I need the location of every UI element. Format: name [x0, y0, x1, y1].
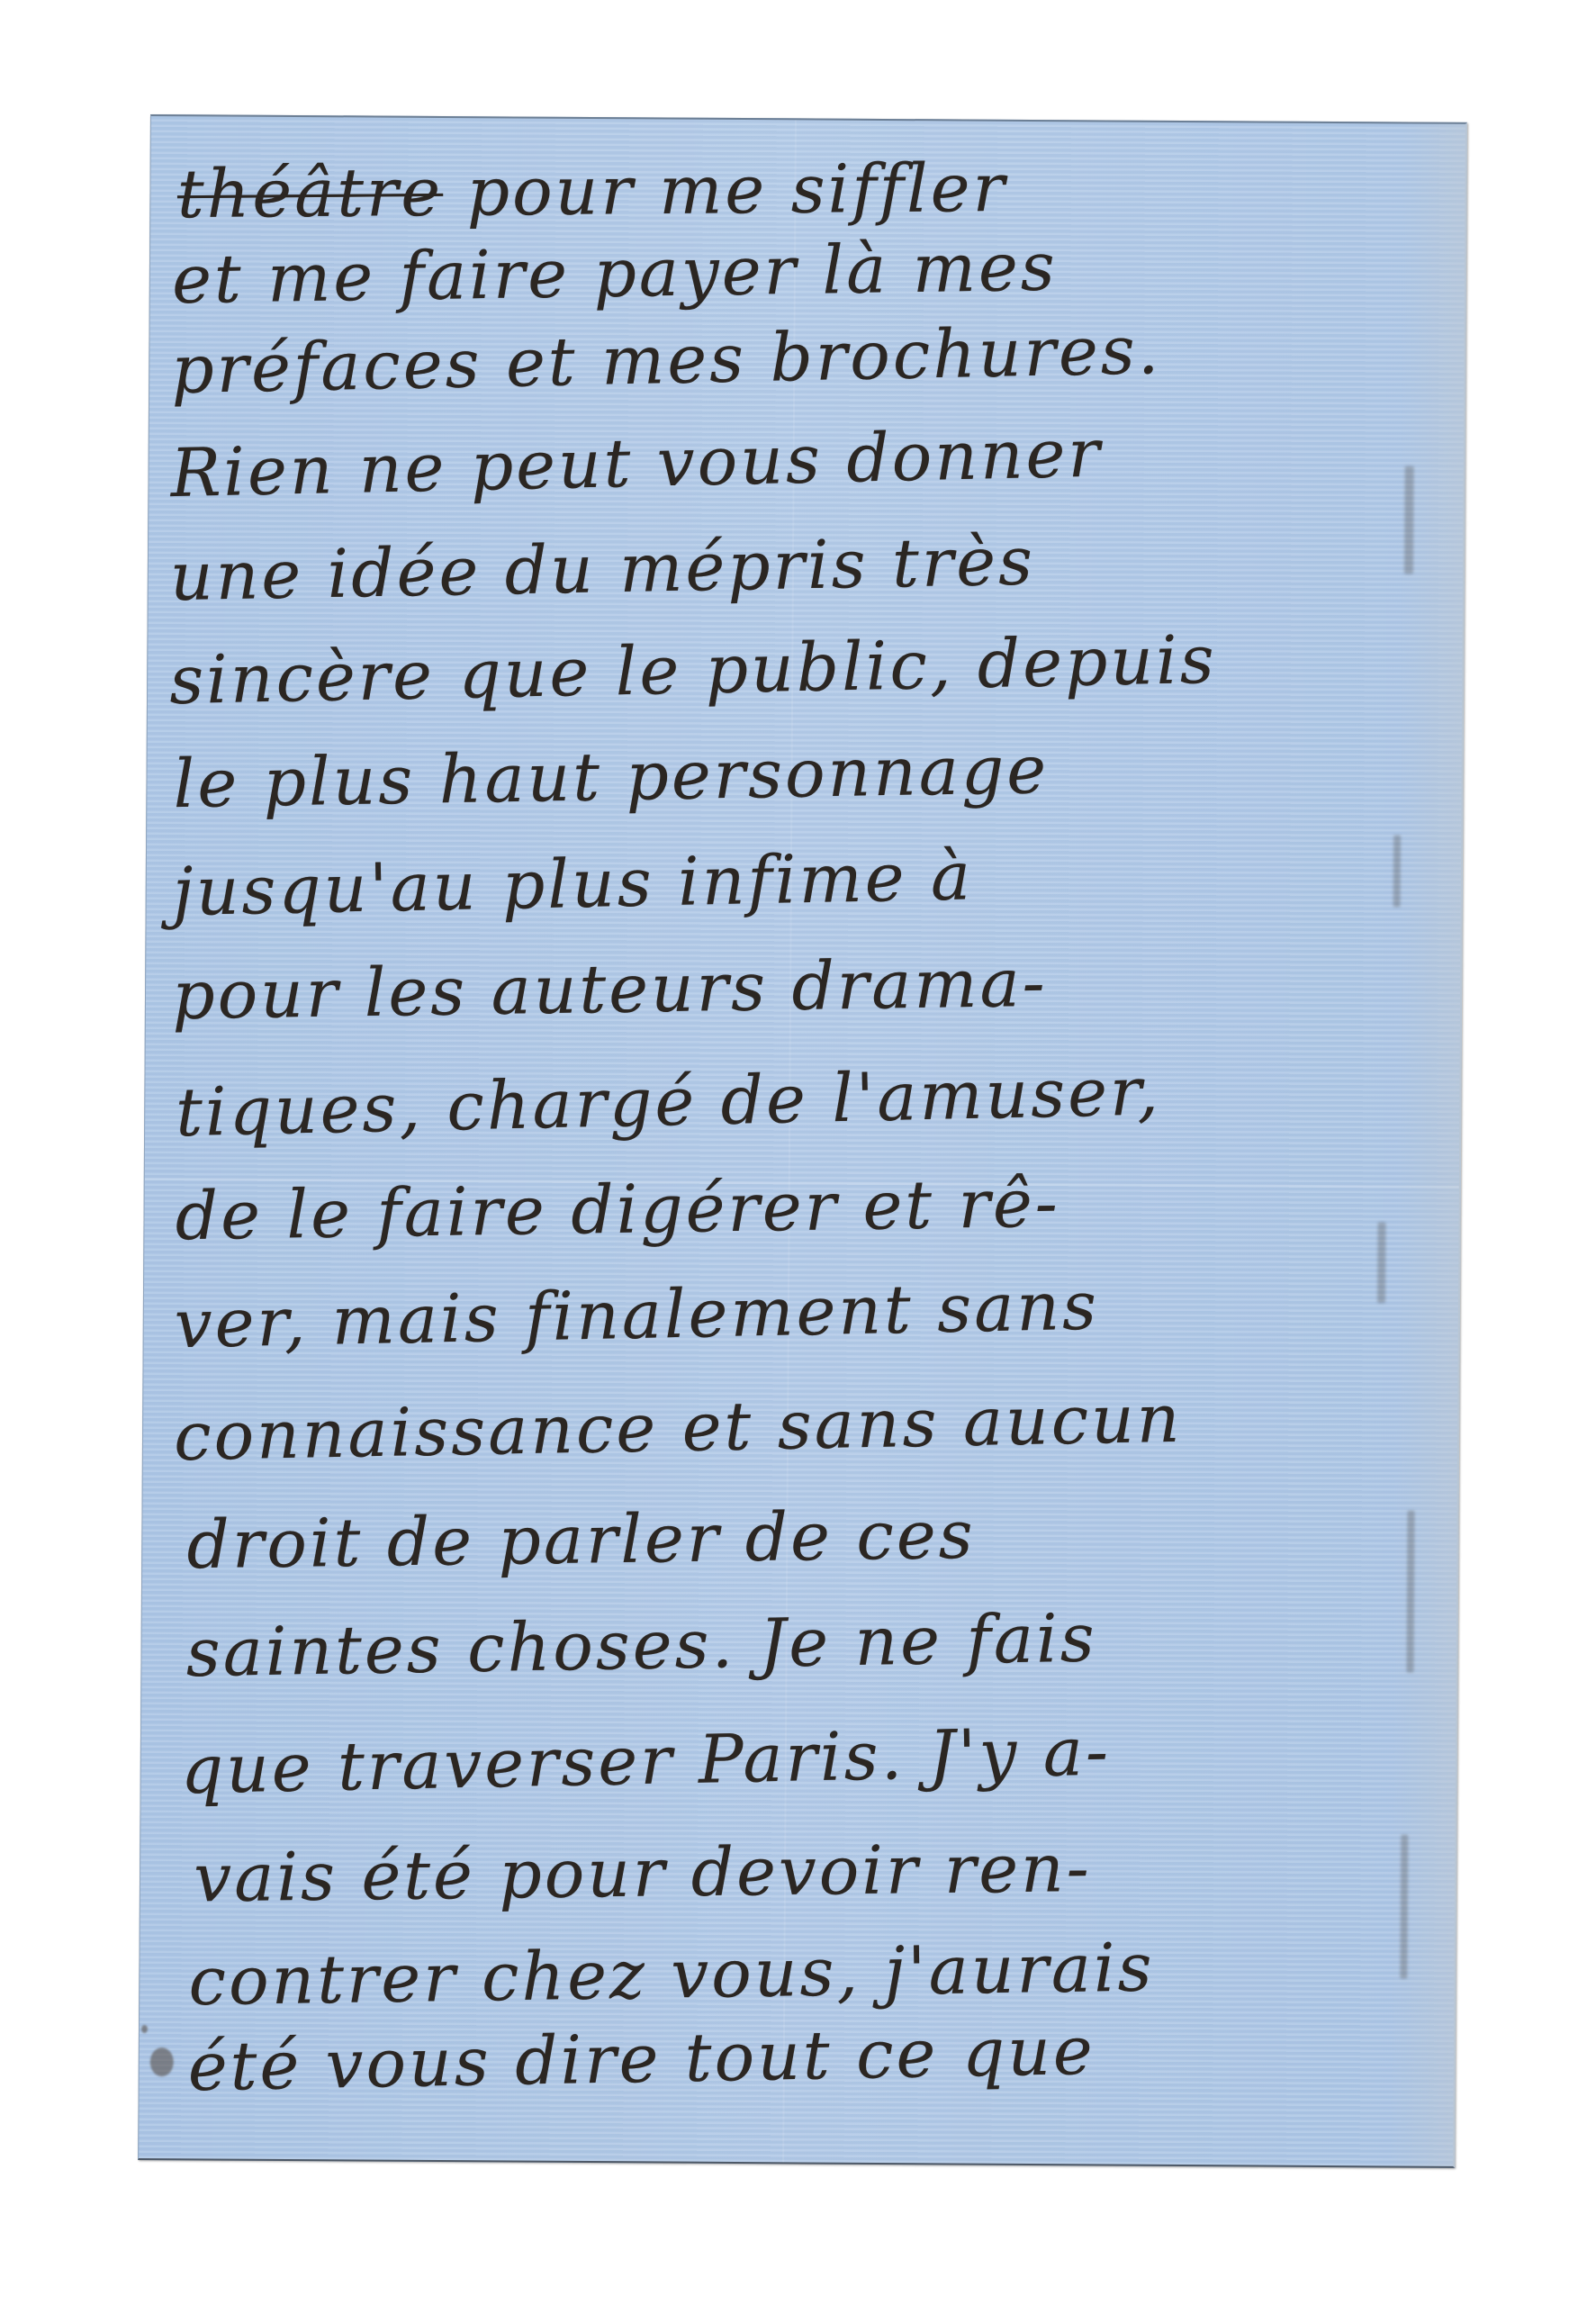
letter-sheet: théâtre pour me siffler et me faire paye… [138, 114, 1467, 2168]
letter-line-12: ver, mais finalement sans [174, 1273, 1100, 1359]
ink-smudge [1406, 1511, 1414, 1673]
ink-smudge [1404, 466, 1414, 574]
struck-word: théâtre [177, 154, 444, 233]
ink-smudge [1393, 835, 1401, 907]
letter-line-15: saintes choses. Je ne fais [185, 1605, 1097, 1687]
letter-line-7: le plus haut personnage [173, 737, 1050, 818]
ink-blot [150, 2047, 174, 2076]
ink-smudge [1400, 1835, 1408, 1979]
letter-line-9: pour les auteurs drama- [172, 950, 1048, 1029]
letter-line-8: jusqu'au plus infime à [172, 843, 974, 926]
ink-blot [141, 2025, 148, 2033]
letter-line-5: une idée du mépris très [169, 529, 1035, 611]
letter-line-13: connaissance et sans aucun [173, 1386, 1183, 1471]
letter-line-11: de le faire digérer et rê- [175, 1171, 1060, 1251]
letter-line-14: droit de parler de ces [186, 1502, 976, 1578]
letter-line-17: vais été pour devoir ren- [194, 1835, 1092, 1912]
letter-line-18: contrer chez vous, j'aurais [188, 1934, 1155, 2015]
letter-line-2: et me faire payer là mes [172, 234, 1059, 314]
letter-line-19: été vous dire tout ce que [187, 2018, 1096, 2101]
letter-line-10: tiques, chargé de l'amuser, [175, 1058, 1161, 1146]
letter-line-3: préfaces et mes brochures. [171, 317, 1162, 403]
letter-line-4: Rien ne peut vous donner [170, 420, 1104, 508]
letter-line-1: théâtre pour me siffler [177, 155, 1008, 228]
letter-line-6: sincère que le public, depuis [168, 627, 1217, 714]
line-text: pour me siffler [443, 149, 1007, 231]
letter-line-16: que traverser Paris. J'y a- [180, 1719, 1112, 1804]
ink-smudge [1377, 1222, 1386, 1303]
